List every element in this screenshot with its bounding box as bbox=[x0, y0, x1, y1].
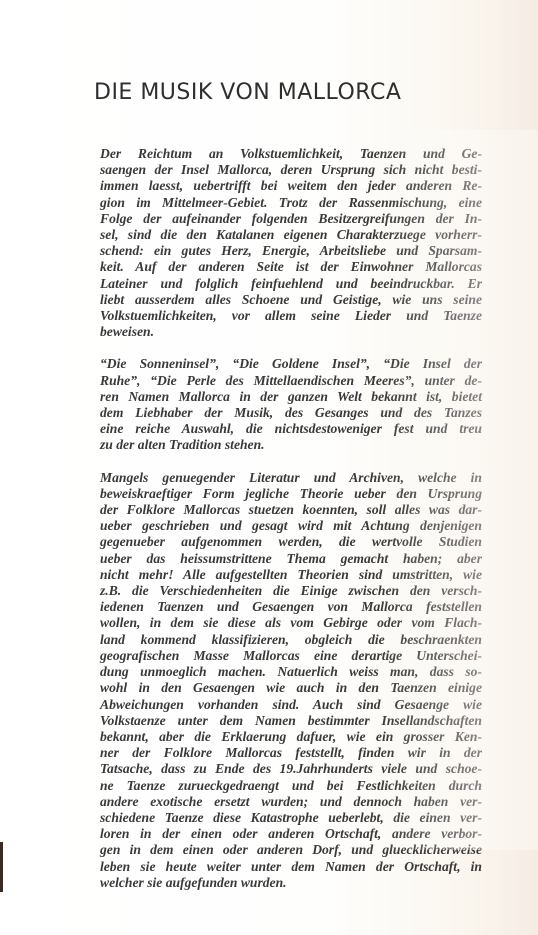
text-line: zu der alten Tradition stehen. bbox=[82, 437, 482, 453]
text-line: iedenen Taenzen und Gesaengen von Mallor… bbox=[82, 599, 482, 615]
text-line: Volkstaenze unter dem Namen bestimmter I… bbox=[82, 713, 482, 729]
text-line: Der Reichtum an Volkstuemlichkeit, Taenz… bbox=[82, 146, 482, 162]
text-line: dung unmoeglich machen. Natuerlich weiss… bbox=[82, 664, 482, 680]
text-line: keit. Auf der anderen Seite ist der Einw… bbox=[82, 259, 482, 275]
text-line: gegenueber aufgenommen werden, die wertv… bbox=[82, 534, 482, 550]
text-line: welcher sie aufgefunden wurden. bbox=[82, 875, 482, 891]
paragraph-1: Der Reichtum an Volkstuemlichkeit, Taenz… bbox=[82, 146, 482, 340]
text-line: ren Namen Mallorca in der ganzen Welt be… bbox=[82, 389, 482, 405]
text-line: ueber das heissumstrittene Thema gemacht… bbox=[82, 551, 482, 567]
text-line: saengen der Insel Mallorca, deren Urspru… bbox=[82, 162, 482, 178]
paragraph-3: Mangels genuegender Literatur und Archiv… bbox=[82, 470, 482, 891]
text-line: wollen, in dem sie diese als vom Gebirge… bbox=[82, 615, 482, 631]
text-line: wohl in den Gesaengen wie auch in den Ta… bbox=[82, 680, 482, 696]
page-title: DIE MUSIK VON MALLORCA bbox=[94, 80, 454, 105]
text-line: gen in dem einen oder anderen Dorf, und … bbox=[82, 842, 482, 858]
text-line: sel, sind die den Katalanen eigenen Char… bbox=[82, 227, 482, 243]
text-line: Volkstuemlichkeiten, vor allem seine Lie… bbox=[82, 308, 482, 324]
text-line: beweiskraeftiger Form jegliche Theorie u… bbox=[82, 486, 482, 502]
text-line: immen laesst, uebertrifft bei weitem den… bbox=[82, 178, 482, 194]
text-line: Lateiner und folglich feinfuehlend und b… bbox=[82, 276, 482, 292]
text-line: ueber geschrieben und gesagt wird mit Ac… bbox=[82, 518, 482, 534]
text-line: liebt ausserdem alles Schoene und Geisti… bbox=[82, 292, 482, 308]
text-line: loren in der einen oder anderen Ortschaf… bbox=[82, 826, 482, 842]
text-line: “Die Sonneninsel”, “Die Goldene Insel”, … bbox=[82, 356, 482, 372]
document-page: DIE MUSIK VON MALLORCA Der Reichtum an V… bbox=[0, 0, 538, 935]
text-line: schiedene Taenze diese Katastrophe ueber… bbox=[82, 810, 482, 826]
text-line: schend: ein gutes Herz, Energie, Arbeits… bbox=[82, 243, 482, 259]
text-line: ner der Folklore Mallorcas feststellt, f… bbox=[82, 745, 482, 761]
text-line: andere exotische ersetzt wurden; und den… bbox=[82, 794, 482, 810]
text-line: beweisen. bbox=[82, 324, 482, 340]
text-line: leben sie heute weiter unter dem Namen d… bbox=[82, 859, 482, 875]
paragraph-2: “Die Sonneninsel”, “Die Goldene Insel”, … bbox=[82, 356, 482, 453]
text-line: dem Liebhaber der Musik, des Gesanges un… bbox=[82, 405, 482, 421]
text-line: Mangels genuegender Literatur und Archiv… bbox=[82, 470, 482, 486]
text-line: Ruhe”, “Die Perle des Mittellaendischen … bbox=[82, 373, 482, 389]
article-body: Der Reichtum an Volkstuemlichkeit, Taenz… bbox=[82, 146, 482, 891]
binding-edge-mark bbox=[0, 842, 3, 892]
text-line: geografischen Masse Mallorcas eine derar… bbox=[82, 648, 482, 664]
text-line: Abweichungen vorhanden sind. Auch sind G… bbox=[82, 697, 482, 713]
text-line: z.B. die Verschiedenheiten die Einige zw… bbox=[82, 583, 482, 599]
text-line: Folge der aufeinander folgenden Besitzer… bbox=[82, 211, 482, 227]
text-line: eine reiche Auswahl, die nichtsdestoweni… bbox=[82, 421, 482, 437]
text-line: land kommend klassifizieren, obgleich di… bbox=[82, 632, 482, 648]
text-line: der Folklore Mallorcas stuetzen koennten… bbox=[82, 502, 482, 518]
text-line: Tatsache, dass zu Ende des 19.Jahrhunder… bbox=[82, 761, 482, 777]
text-line: gion im Mittelmeer-Gebiet. Trotz der Ras… bbox=[82, 195, 482, 211]
text-line: nicht mehr! Alle aufgestellten Theorien … bbox=[82, 567, 482, 583]
text-line: bekannt, aber die Erklaerung dafuer, wie… bbox=[82, 729, 482, 745]
text-line: ne Taenze zurueckgedraengt und bei Festl… bbox=[82, 778, 482, 794]
